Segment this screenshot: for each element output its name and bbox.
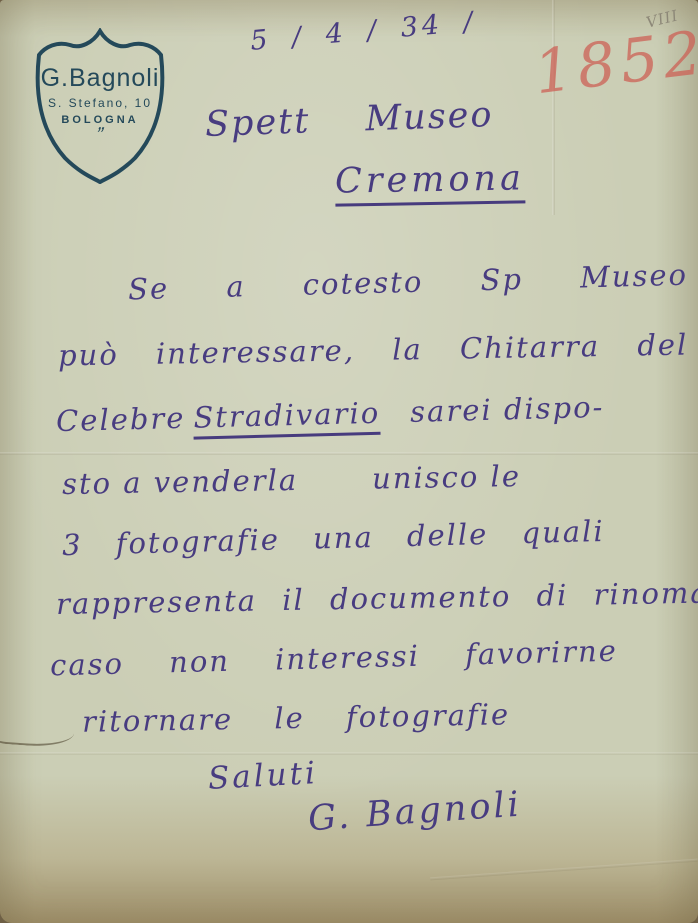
body-line-8: ritornare le fotografie	[82, 697, 511, 738]
horizontal-fold-crease-lower	[0, 752, 698, 755]
body-line-6: rappresenta il documento di rinomata	[56, 575, 698, 621]
left-edge-tear	[0, 717, 75, 749]
body-line-4: sto a venderlaunisco le	[62, 459, 522, 501]
letterhead-name: G.Bagnoli	[24, 64, 176, 93]
letter-page: G.Bagnoli S. Stefano, 10 BOLOGNA ” 5 / 4…	[0, 0, 698, 923]
letterhead-quote-marks: ”	[20, 124, 179, 147]
body-line-3-pre: Celebre	[56, 401, 186, 438]
letterhead-street: S. Stefano, 10	[24, 96, 176, 110]
recipient-city-text: Cremona	[335, 158, 526, 206]
closing-salutation: Saluti	[207, 755, 319, 797]
red-archive-number: 1852	[530, 18, 698, 109]
body-line-3-underlined-word: Stradivario	[193, 396, 381, 440]
body-line-5: 3 fotografie una delle quali	[62, 514, 605, 562]
recipient-city: Cremona	[335, 158, 526, 201]
horizontal-fold-crease-upper	[0, 452, 698, 455]
recipient-line: Spett Museo	[204, 95, 494, 145]
handwritten-date: 5 / 4 / 34 /	[249, 6, 478, 57]
body-line-3: CelebreStradivariosarei dispo-	[56, 390, 605, 438]
body-line-7: caso non interessi favorirne	[50, 634, 619, 683]
body-line-4-right: unisco le	[372, 459, 521, 496]
signature: G. Bagnoli	[307, 785, 523, 840]
body-line-4-left: sto a venderla	[62, 463, 299, 501]
letterhead-shield: G.Bagnoli S. Stefano, 10 BOLOGNA ”	[24, 28, 176, 184]
body-line-1: Se a cotesto Sp Museo	[128, 258, 689, 307]
vertical-fold-crease	[552, 0, 555, 215]
body-line-3-post: sarei dispo-	[410, 390, 605, 429]
diagonal-corner-crease	[430, 859, 698, 881]
body-line-2: può interessare, la Chitarra del	[58, 328, 689, 373]
